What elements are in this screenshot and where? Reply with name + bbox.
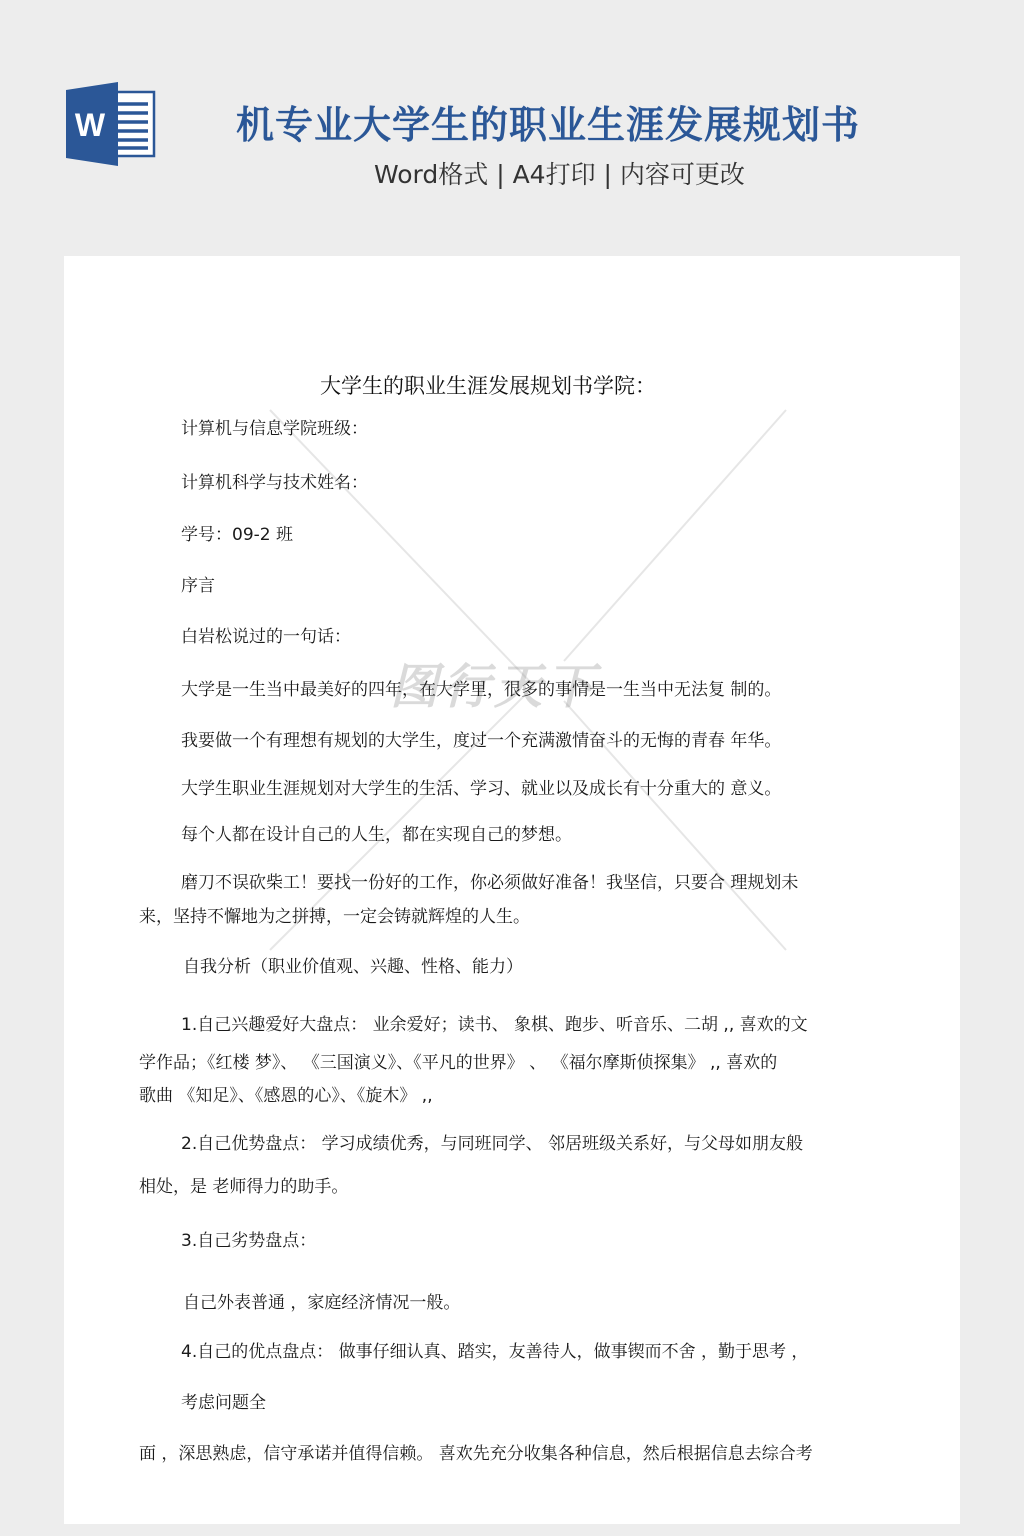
- doc-line: 自己外表普通 ，家庭经济情况一般。: [183, 1288, 460, 1313]
- doc-line: 3.自己劣势盘点：: [181, 1226, 316, 1251]
- doc-line: 相处，是 老师得力的助手。: [139, 1172, 348, 1197]
- doc-line: 歌曲 《知足》、《感恩的心》、《旋木》 ,,: [139, 1081, 433, 1106]
- banner-title: 机专业大学生的职业生涯发展规划书: [236, 94, 896, 149]
- header-banner: W 机专业大学生的职业生涯发展规划书 Word格式 | A4打印 | 内容可更改: [0, 0, 1024, 256]
- svg-text:W: W: [75, 107, 106, 143]
- doc-line: 来，坚持不懈地为之拼搏，一定会铸就辉煌的人生。: [139, 902, 530, 927]
- doc-line: 我要做一个有理想有规划的大学生，度过一个充满激情奋斗的无悔的青春 年华。: [181, 726, 781, 751]
- doc-line: 磨刀不误砍柴工！要找一份好的工作，你必须做好准备！我坚信，只要合 理规划未: [181, 868, 798, 893]
- doc-line: 2.自己优势盘点： 学习成绩优秀，与同班同学、 邻居班级关系好，与父母如朋友般: [181, 1129, 803, 1154]
- doc-line: 考虑问题全: [181, 1388, 266, 1413]
- doc-line: 学作品；《红楼 梦》、 《三国演义》、《平凡的世界》 、 《福尔摩斯侦探集》 ,…: [139, 1048, 777, 1073]
- document-title: 大学生的职业生涯发展规划书学院：: [320, 370, 656, 400]
- doc-line: 学号：09-2 班: [181, 520, 293, 545]
- doc-line: 白岩松说过的一句话：: [181, 622, 351, 647]
- doc-line: 计算机与信息学院班级：: [181, 414, 368, 439]
- doc-line: 大学是一生当中最美好的四年，在大学里，很多的事情是一生当中无法复 制的。: [181, 675, 781, 700]
- doc-line: 4.自己的优点盘点： 做事仔细认真、踏实，友善待人，做事锲而不舍 ，勤于思考 ，: [181, 1337, 808, 1362]
- word-document-icon: W: [66, 82, 156, 166]
- doc-line: 面 ，深思熟虑，信守承诺并值得信赖。 喜欢先充分收集各种信息，然后根据信息去综合…: [139, 1439, 813, 1464]
- doc-line: 1.自己兴趣爱好大盘点： 业余爱好；读书、 象棋、跑步、听音乐、二胡 ,, 喜欢…: [181, 1010, 808, 1035]
- document-page: 图行天下 大学生的职业生涯发展规划书学院： 计算机与信息学院班级： 计算机科学与…: [64, 256, 960, 1524]
- doc-line: 大学生职业生涯规划对大学生的生活、学习、就业以及成长有十分重大的 意义。: [181, 774, 781, 799]
- doc-line: 每个人都在设计自己的人生，都在实现自己的梦想。: [181, 820, 572, 845]
- banner-subtitle: Word格式 | A4打印 | 内容可更改: [374, 155, 745, 191]
- doc-line: 自我分析（职业价值观、兴趣、性格、能力）: [183, 952, 523, 977]
- doc-line: 序言: [181, 571, 215, 596]
- doc-line: 计算机科学与技术姓名：: [181, 468, 368, 493]
